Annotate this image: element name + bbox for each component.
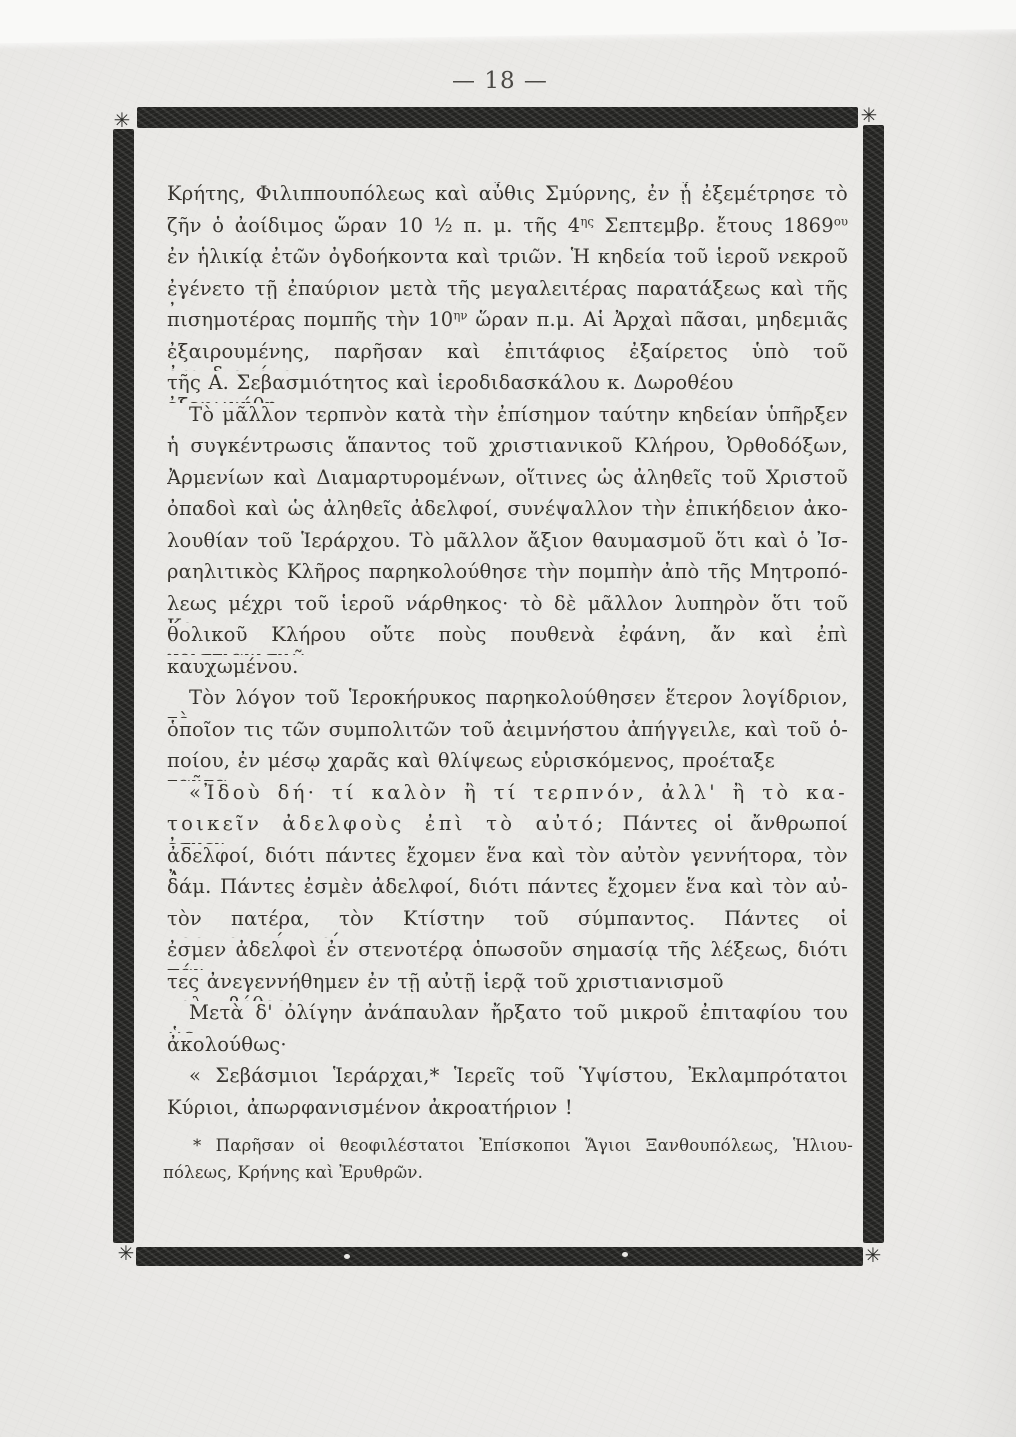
body-text-line: καυχωμένου. <box>167 655 848 687</box>
body-text-line: ἀδελφοί, διότι πάντες ἔχομεν ἕνα καὶ τὸν… <box>167 844 848 876</box>
text-segment: ἐξαιρουμένης, παρῆσαν καὶ ἐπιτάφιος ἐξαί… <box>167 340 848 372</box>
text-segment: λουθίαν τοῦ Ἱεράρχου. Τὸ μᾶλλον ἄξιον θα… <box>167 529 848 552</box>
text-segment: ὁποῖον τις τῶν συμπολιτῶν τοῦ ἀειμνήστου… <box>167 718 848 741</box>
body-text-line: «Ἰδοὺ δή· τί καλὸν ἢ τί τερπνόν, ἀλλ' ἢ … <box>167 781 848 813</box>
body-text-line: Κρήτης, Φιλιππουπόλεως καὶ αὖθις Σμύρνης… <box>167 182 848 214</box>
text-segment: ου <box>834 214 848 228</box>
body-text-line: ἐξαιρουμένης, παρῆσαν καὶ ἐπιτάφιος ἐξαί… <box>167 340 848 372</box>
text-segment: Κύριοι, ἀπωρφανισμένον ἀκροατήριον ! <box>167 1096 573 1119</box>
text-segment: Τὸν λόγον τοῦ Ἱεροκήρυκος παρηκολούθησεν… <box>167 686 848 718</box>
body-text-line: Τὸ μᾶλλον τερπνὸν κατὰ τὴν ἐπίσημον ταύτ… <box>167 403 848 435</box>
text-segment: τὸν πατέρα, τὸν Κτίστην τοῦ σύμπαντος. Π… <box>167 907 848 939</box>
body-text-line: ζῆν ὁ ἀοίδιμος ὥραν 10 ½ π. μ. τῆς 4ης Σ… <box>167 214 848 246</box>
text-segment: τες ἀνεγεννήθημεν ἐν τῇ αὐτῇ ἱερᾷ τοῦ χρ… <box>167 970 724 1002</box>
body-text-line: ραηλιτικὸς Κλῆρος παρηκολούθησε τὴν πομπ… <box>167 560 848 592</box>
body-text-line: Κύριοι, ἀπωρφανισμένον ἀκροατήριον ! <box>167 1096 848 1128</box>
text-segment: ην <box>453 309 467 323</box>
text-segment: «Ἰδοὺ δή· τί καλὸν ἢ τί τερπνόν, ἀλλ' ἢ … <box>189 781 848 804</box>
text-segment: ὥραν π.μ. Αἱ Ἀρχαὶ πᾶσαι, μηδεμιᾶς <box>467 308 848 331</box>
text-segment: ης <box>580 214 594 228</box>
text-segment: « Σεβάσμιοι Ἱεράρχαι,* Ἱερεῖς τοῦ Ὑψίστο… <box>189 1064 848 1087</box>
text-segment: Τὸ μᾶλλον τερπνὸν κατὰ τὴν ἐπίσημον ταύτ… <box>189 403 848 426</box>
ink-fleck <box>344 1254 350 1259</box>
text-segment: Σεπτεμβρ. ἔτους 1869 <box>594 214 834 237</box>
body-text-line: Τὸν λόγον τοῦ Ἱεροκήρυκος παρηκολούθησεν… <box>167 686 848 718</box>
body-text-line: Μετὰ δ' ὀλίγην ἀνάπαυλαν ἤρξατο τοῦ μικρ… <box>167 1001 848 1033</box>
body-text-line: ὁποῖον τις τῶν συμπολιτῶν τοῦ ἀειμνήστου… <box>167 718 848 750</box>
text-segment: Κρήτης, Φιλιππουπόλεως καὶ αὖθις Σμύρνης… <box>167 182 848 205</box>
body-text-line: ὀπαδοὶ καὶ ὡς ἀληθεῖς ἀδελφοί, συνέψαλλο… <box>167 497 848 529</box>
body-text-line: λουθίαν τοῦ Ἱεράρχου. Τὸ μᾶλλον ἄξιον θα… <box>167 529 848 561</box>
text-segment: ἐγένετο τῇ ἐπαύριον μετὰ τῆς μεγαλειτέρα… <box>167 277 848 309</box>
asterisk-ornament-icon-bottom-right: ✳ <box>861 1243 885 1267</box>
text-segment: ἀδελφοί, διότι πάντες ἔχομεν ἕνα καὶ τὸν… <box>167 844 848 876</box>
text-segment: ζῆν ὁ ἀοίδιμος ὥραν 10 ½ π. μ. τῆς 4 <box>167 214 580 237</box>
footnote: * Παρῆσαν οἱ θεοφιλέστατοι Ἐπίσκοποι Ἅγι… <box>163 1136 853 1190</box>
scanned-book-page: — 18 — ✳ ✳ ✳ ✳ Κρήτης, Φιλιππουπόλεως κα… <box>0 0 1016 1437</box>
text-segment: ποίου, ἐν μέσῳ χαρᾶς καὶ θλίψεως εὑρισκό… <box>167 749 775 781</box>
text-segment: ἡ συγκέντρωσις ἅπαντος τοῦ χριστιανικοῦ … <box>167 434 848 457</box>
frame-left-bar <box>113 129 134 1243</box>
body-text-line: ἐν ἡλικίᾳ ἐτῶν ὀγδοήκοντα καὶ τριῶν. Ἡ κ… <box>167 245 848 277</box>
body-text-line: λεως μέχρι τοῦ ἱεροῦ νάρθηκος· τὸ δὲ μᾶλ… <box>167 592 848 624</box>
body-text-line: ἀκολούθως· <box>167 1033 848 1065</box>
frame-bottom-bar <box>136 1247 863 1266</box>
text-segment: καυχωμένου. <box>167 655 299 678</box>
body-text-line: θολικοῦ Κλήρου οὔτε ποὺς πουθενὰ ἐφάνη, … <box>167 623 848 655</box>
text-segment: ἀκολούθως· <box>167 1033 287 1056</box>
body-text-line: τὸν πατέρα, τὸν Κτίστην τοῦ σύμπαντος. Π… <box>167 907 848 939</box>
body-text-line: ἐγένετο τῇ ἐπαύριον μετὰ τῆς μεγαλειτέρα… <box>167 277 848 309</box>
text-segment: θολικοῦ Κλήρου οὔτε ποὺς πουθενὰ ἐφάνη, … <box>167 623 848 655</box>
body-text-line: τῆς Α. Σεβασμιότητος καὶ ἱεροδιδασκάλου … <box>167 371 848 403</box>
body-text-line: ἐσμεν ἀδελφοὶ ἐν στενοτέρᾳ ὁπωσοῦν σημασ… <box>167 938 848 970</box>
body-text-line: τοικεῖν ἀδελφοὺς ἐπὶ τὸ αὐτό; Πάντες οἱ … <box>167 812 848 844</box>
text-segment: πόλεως, Κρήνης καὶ Ἐρυθρῶν. <box>163 1163 423 1182</box>
text-segment: * Παρῆσαν οἱ θεοφιλέστατοι Ἐπίσκοποι Ἅγι… <box>193 1136 853 1155</box>
text-segment: Ἀρμενίων καὶ Διαμαρτυρομένων, οἵτινες ὡς… <box>167 466 848 489</box>
frame-right-bar <box>863 125 884 1243</box>
text-segment: τοικεῖν ἀδελφοὺς ἐπὶ τὸ αὐτό; <box>167 812 606 835</box>
footnote-line: * Παρῆσαν οἱ θεοφιλέστατοι Ἐπίσκοποι Ἅγι… <box>163 1136 853 1163</box>
text-segment: πισημοτέρας πομπῆς τὴν 10 <box>167 308 453 331</box>
text-segment: ἐν ἡλικίᾳ ἐτῶν ὀγδοήκοντα καὶ τριῶν. Ἡ κ… <box>167 245 848 268</box>
text-segment: ἐσμεν ἀδελφοὶ ἐν στενοτέρᾳ ὁπωσοῦν σημασ… <box>167 938 848 970</box>
frame-top-bar <box>137 107 858 128</box>
body-text-line: τες ἀνεγεννήθημεν ἐν τῇ αὐτῇ ἱερᾷ τοῦ χρ… <box>167 970 848 1002</box>
asterisk-ornament-icon-bottom-left: ✳ <box>114 1241 138 1265</box>
body-text-line: πισημοτέρας πομπῆς τὴν 10ην ὥραν π.μ. Αἱ… <box>167 308 848 340</box>
text-segment: δάμ. Πάντες ἐσμὲν ἀδελφοί, διότι πάντες … <box>167 875 848 898</box>
body-text: Κρήτης, Φιλιππουπόλεως καὶ αὖθις Σμύρνης… <box>167 182 848 1127</box>
text-segment: τῆς Α. Σεβασμιότητος καὶ ἱεροδιδασκάλου … <box>167 371 734 403</box>
text-segment: λεως μέχρι τοῦ ἱεροῦ νάρθηκος· τὸ δὲ μᾶλ… <box>167 592 848 624</box>
body-text-line: δάμ. Πάντες ἐσμὲν ἀδελφοί, διότι πάντες … <box>167 875 848 907</box>
asterisk-ornament-icon-top-left: ✳ <box>110 108 134 132</box>
page-number: — 18 — <box>0 68 1000 94</box>
body-text-line: ἡ συγκέντρωσις ἅπαντος τοῦ χριστιανικοῦ … <box>167 434 848 466</box>
body-text-line: « Σεβάσμιοι Ἱεράρχαι,* Ἱερεῖς τοῦ Ὑψίστο… <box>167 1064 848 1096</box>
body-text-line: ποίου, ἐν μέσῳ χαρᾶς καὶ θλίψεως εὑρισκό… <box>167 749 848 781</box>
scan-paper-edge <box>0 0 1016 43</box>
text-segment: Μετὰ δ' ὀλίγην ἀνάπαυλαν ἤρξατο τοῦ μικρ… <box>167 1001 848 1033</box>
footnote-line: πόλεως, Κρήνης καὶ Ἐρυθρῶν. <box>163 1163 853 1190</box>
text-segment: ραηλιτικὸς Κλῆρος παρηκολούθησε τὴν πομπ… <box>167 560 848 583</box>
text-segment: ὀπαδοὶ καὶ ὡς ἀληθεῖς ἀδελφοί, συνέψαλλο… <box>167 497 848 520</box>
asterisk-ornament-icon-top-right: ✳ <box>857 103 881 127</box>
ink-fleck <box>622 1252 628 1257</box>
body-text-line: Ἀρμενίων καὶ Διαμαρτυρομένων, οἵτινες ὡς… <box>167 466 848 498</box>
